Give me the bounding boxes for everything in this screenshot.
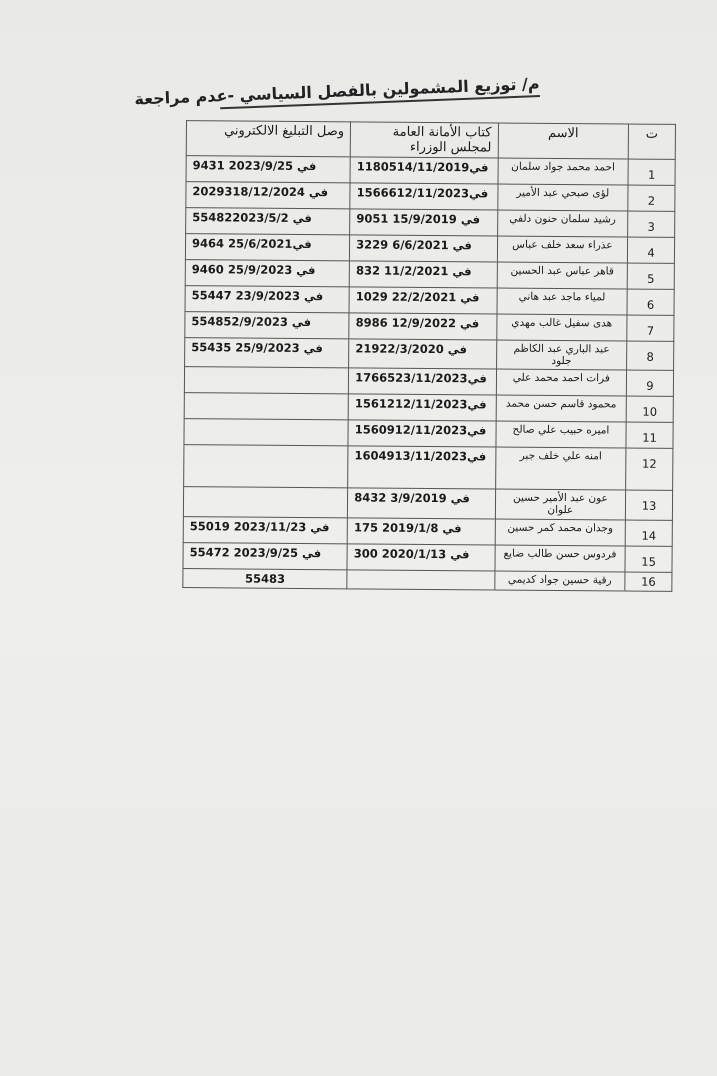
beneficiaries-table: ت الاسم كتاب الأمانة العامة لمجلس الوزرا… [182,120,676,592]
cell-name: فردوس حسن طالب ضايع [495,545,626,572]
cell-letter: 11805في14/11/2019 [350,157,498,184]
cell-name: محمود قاسم حسن محمد [496,395,627,422]
cell-name: هدى سفيل غالب مهدي [496,314,627,341]
cell-receipt: 9431 في 2023/9/25 [186,156,350,183]
table-row: 9 فرات احمد محمد علي 17665في23/11/2023 [184,367,673,397]
cell-name: عبد الباري عبد الكاظم جلود [496,340,627,370]
cell-name: وجدان محمد كمر حسين [495,519,626,546]
cell-letter: 175 في 2019/1/8 [347,518,495,545]
table-row: 10 محمود قاسم حسن محمد 15612في12/11/2023 [184,393,673,423]
cell-receipt [184,419,348,446]
cell-index: 9 [626,370,673,396]
cell-name: لؤى صبحي عبد الأمير [497,184,628,211]
header-name: الاسم [498,123,629,159]
cell-index: 16 [625,572,672,591]
table-row: 7 هدى سفيل غالب مهدي 8986 في 12/9/2022 5… [185,312,674,342]
cell-receipt: 9464 في25/6/2021 [185,234,349,261]
table-row: 13 عون عبد الأمير حسين علوان 8432 في 3/9… [183,487,672,521]
table-row: 16 رقية حسين جواد كديمي 55483 [183,569,672,592]
table-row: 8 عبد الباري عبد الكاظم جلود 2192في 2/3/… [185,338,674,371]
cell-index: 2 [628,185,675,211]
table-row: 3 رشيد سلمان حنون دلفي 9051 في 15/9/2019… [186,208,675,238]
cell-index: 8 [627,341,674,370]
cell-index: 11 [626,422,673,448]
cell-letter: 15612في12/11/2023 [348,394,496,421]
cell-receipt: 55019 في 2023/11/23 [183,517,347,544]
cell-name: امنه علي خلف جبر [495,447,626,490]
cell-letter [347,570,495,590]
cell-letter: 3229 في 6/6/2021 [350,235,498,262]
table-row: 2 لؤى صبحي عبد الأمير 15666في12/11/2023 … [186,182,675,212]
cell-receipt: 55485في 2/9/2023 [185,312,349,339]
cell-receipt: 55482في 2023/5/2 [186,208,350,235]
table-row: 12 امنه علي خلف جبر 16049في13/11/2023 [184,445,673,491]
header-index: ت [628,124,675,159]
cell-letter: 832 في 11/2/2021 [349,261,497,288]
cell-index: 7 [627,315,674,341]
cell-name: لمياء ماجد عبد هاني [497,288,628,315]
cell-index: 10 [626,396,673,422]
document-title: م/ توزيع المشمولين بالفصل السياسي -عدم م… [219,74,540,109]
table-row: 5 قاهر عباس عبد الحسين 832 في 11/2/2021 … [185,260,674,290]
cell-receipt: 20293في 18/12/2024 [186,182,350,209]
table-row: 1 احمد محمد جواد سلمان 11805في14/11/2019… [186,156,675,186]
cell-letter: 8986 في 12/9/2022 [349,313,497,340]
cell-name: رقية حسين جواد كديمي [494,571,625,591]
cell-name: عذراء سعد خلف عباس [497,236,628,263]
cell-index: 14 [625,520,672,546]
cell-receipt: 55472 في 2023/9/25 [183,543,347,570]
cell-letter: 9051 في 15/9/2019 [350,209,498,236]
cell-receipt: 55483 [183,569,347,589]
cell-index: 6 [627,289,674,315]
cell-receipt [183,487,347,518]
cell-receipt: 55447 في 23/9/2023 [185,286,349,313]
cell-letter: 300 في 2020/1/13 [347,544,495,571]
cell-name: قاهر عباس عبد الحسين [497,262,628,289]
table-header-row: ت الاسم كتاب الأمانة العامة لمجلس الوزرا… [186,121,675,160]
cell-index: 1 [628,159,675,185]
table-row: 15 فردوس حسن طالب ضايع 300 في 2020/1/13 … [183,543,672,573]
cell-index: 15 [625,546,672,572]
table-row: 14 وجدان محمد كمر حسين 175 في 2019/1/8 5… [183,517,672,547]
cell-index: 13 [625,490,672,520]
scanned-document-page: م/ توزيع المشمولين بالفصل السياسي -عدم م… [0,0,717,1076]
cell-letter: 15666في12/11/2023 [350,183,498,210]
table-row: 11 اميره حبيب علي صالح 15609في12/11/2023 [184,419,673,449]
table-row: 4 عذراء سعد خلف عباس 3229 في 6/6/2021 94… [185,234,674,264]
cell-letter: 16049في13/11/2023 [348,446,496,489]
cell-name: رشيد سلمان حنون دلفي [497,210,628,237]
cell-name: عون عبد الأمير حسين علوان [495,489,626,520]
cell-index: 5 [627,263,674,289]
cell-letter: 15609في12/11/2023 [348,420,496,447]
cell-letter: 17665في23/11/2023 [349,368,497,395]
cell-index: 12 [626,448,673,490]
header-letter: كتاب الأمانة العامة لمجلس الوزراء [350,122,498,158]
cell-name: فرات احمد محمد علي [496,369,627,396]
cell-index: 3 [628,211,675,237]
cell-name: احمد محمد جواد سلمان [498,158,629,185]
header-receipt: وصل التبليغ الالكتروني [186,121,350,157]
cell-letter: 8432 في 3/9/2019 [348,488,496,519]
cell-name: اميره حبيب علي صالح [496,421,627,448]
cell-receipt: 9460 في 25/9/2023 [185,260,349,287]
cell-letter: 2192في 2/3/2020 [349,339,497,369]
cell-receipt: 55435 في 25/9/2023 [185,338,349,368]
cell-letter: 1029 في 22/2/2021 [349,287,497,314]
cell-receipt [184,393,348,420]
cell-index: 4 [628,237,675,263]
table-row: 6 لمياء ماجد عبد هاني 1029 في 22/2/2021 … [185,286,674,316]
cell-receipt [184,445,348,488]
cell-receipt [184,367,348,394]
